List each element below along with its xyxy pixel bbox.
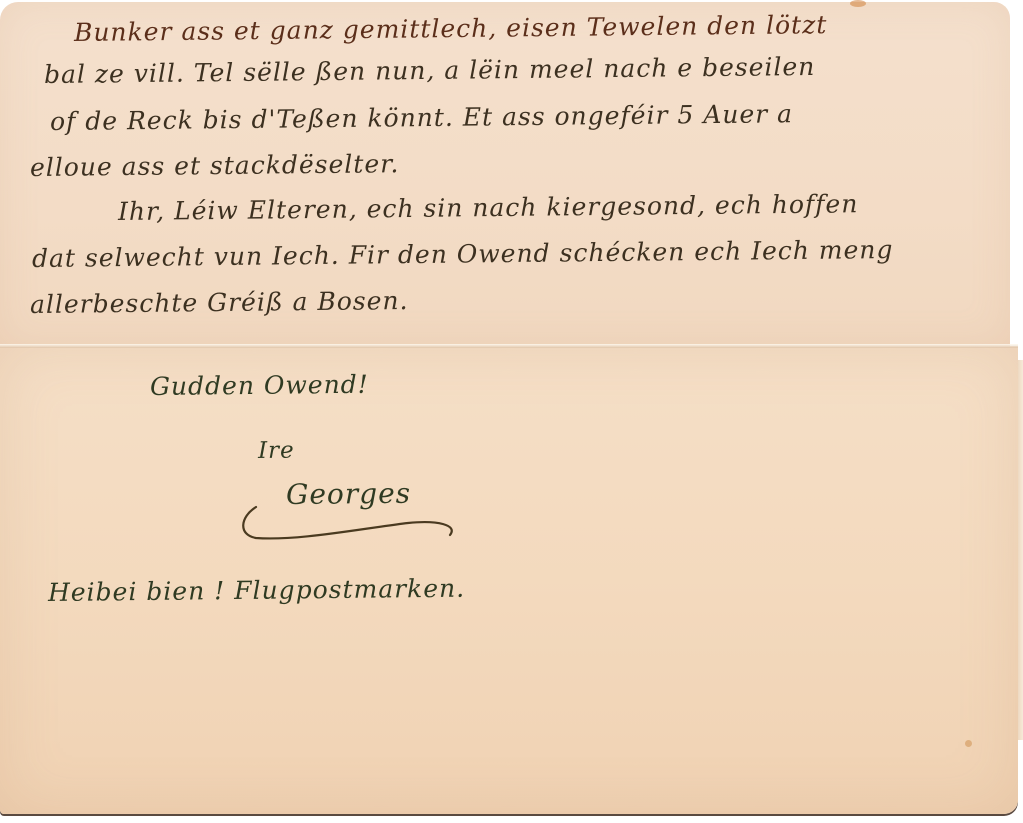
closing-valediction: Ire: [258, 438, 295, 464]
paper-fold-line: [0, 344, 1018, 348]
postscript: Heibei bien ! Flugpostmarken.: [48, 574, 465, 607]
closing-greeting: Gudden Owend!: [150, 370, 369, 401]
letter-line: allerbeschte Gréiß a Bosen.: [30, 286, 409, 319]
letter-line: elloue ass et stackdëselter.: [30, 149, 400, 182]
paper-stain: [965, 740, 972, 747]
paper-stain: [850, 0, 866, 7]
signature-flourish: [238, 505, 460, 545]
letter-scan: Bunker ass et ganz gemittlech, eisen Tew…: [0, 0, 1023, 823]
